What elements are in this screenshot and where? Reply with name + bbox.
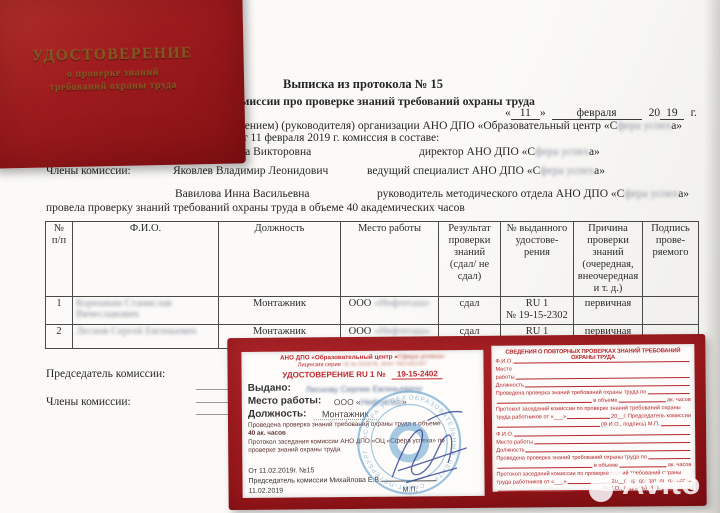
col-header-result: Результат проверки знаний (сдал/ не сдал… [439,222,501,297]
rp2-check-text1: Проведена проверка знаний требований охр… [496,454,647,461]
footer-chairman-label: Председатель комиссии: [46,368,165,380]
booklet-embossed-text: УДОСТОВЕРЕНИЕ о проверке знаний требован… [0,44,230,95]
date-century: 20 [649,107,661,119]
approval-line-tail: а» [671,120,682,132]
chairman-role-text: директор АНО ДПО «С [419,146,535,158]
approval-line-text: жением) (руководителя) организации АНО Д… [237,120,617,132]
rp2-place-label: Место работы [496,439,533,445]
chairman-role-blurred: фера успех [535,146,589,158]
photo-of-document: Выписка из протокола № 15 комиссии про п… [0,0,720,513]
rp1-check-text1: Проведена проверка знаний требований охр… [496,389,647,396]
row1-num: 1 [46,297,73,324]
row1-workplace-blurred: «Нефтеташ» [374,298,430,309]
member2-role-text: руководитель методического отдела АНО ДП… [377,188,624,200]
col-header-position: Должность [219,222,341,297]
row1-cert: RU 1№ 19-15-2302 [501,297,574,324]
cert-position-label: Должность: [248,408,307,420]
row1-cert-line1: RU 1 [504,298,570,310]
footer-members-label: Члены комиссии: [46,396,131,408]
certificate-cover-booklet: УДОСТОВЕРЕНИЕ о проверке знаний требован… [0,0,246,169]
row1-workplace: ООО «Нефтеташ» [341,297,439,324]
approval-line-blurred-org: фера успех [617,120,671,132]
cert-number: 19-15-2402 [392,369,443,379]
col-header-cert-number: № выданного удостове- рения [501,222,574,297]
member1-role-tail: а» [594,165,605,177]
cert-title-line: УДОСТОВЕРЕНИЕ RU 1 № 19-15-2402 [242,369,484,380]
summary-line: провела проверку знаний требований охран… [46,202,465,214]
rp1-protocol-text2: труда работников от «___» [496,414,566,421]
composition-line: от 11 февраля 2019 г. комиссия в составе… [237,132,439,144]
cert-date-number-line: От 11.02.2019г. №15 [248,467,314,475]
date-day: 11 [511,107,540,120]
col-header-fio: Ф.И.О. [73,222,219,297]
member1-role-blurred: фера успех [540,165,594,177]
cert-org-blurred: Сфера успеха» [398,353,445,360]
avito-watermark: Avito [583,464,720,513]
row1-cert-line2: № 19-15-2302 [504,310,570,322]
cert-license-prefix: Лицензия серия [298,362,343,368]
rp1-check-line2: в объемеак. часов [496,397,691,405]
date-suffix: г. [691,107,697,119]
rp1-place-line1: Место [496,365,691,373]
rp1-place-label2: работы [496,375,515,381]
protocol-title-line1: Выписка из протокола № 15 [283,77,443,92]
table-row: 1 Корешкин Станислав Вячеславович Монтаж… [46,297,699,324]
rp1-fio-line: Ф.И.О. [495,357,690,365]
protocol-title-line2: комиссии про проверке знаний требований … [229,94,535,109]
avito-logo-circle-large [589,478,613,502]
col-header-signature: Подпись прове- ряемого [643,222,699,297]
rp1-protocol-text2b: 20__г. Председатель комиссии [611,413,691,420]
col-header-workplace: Место работы [341,222,439,297]
member1-role-text: ведущий специалист АНО ДПО «С [367,165,540,177]
rp1-sign-text: (Ф.И.О., подпись) М.П. [601,421,660,428]
date-close-quote: » [540,107,546,119]
rp1-fio-label: Ф.И.О. [495,359,512,365]
chairman-role: директор АНО ДПО «Сфера успеха» [419,146,600,158]
rp1-check-text2a: в объеме [593,398,617,404]
rp1-check-text2b: ак. часов [667,397,691,403]
col-header-num: № п/п [46,222,73,297]
approval-line: жением) (руководителя) организации АНО Д… [237,120,682,132]
chairman-role-tail: а» [589,146,600,158]
protocol-date-line: «11»февраля2019г. [505,107,697,119]
rp1-protocol-line2: труда работников от «___»20__г. Председа… [496,413,691,421]
rp2-fio-label: Ф.И.О. [496,432,513,438]
booklet-title: УДОСТОВЕРЕНИЕ [0,44,230,67]
rp1-place-line2: работы [496,373,691,381]
cert-workplace-label: Место работы: [248,395,322,407]
member2-role: руководитель методического отдела АНО ДП… [377,188,689,200]
rp1-protocol-line1: Протокол заседаний комиссии по проверке … [496,405,691,413]
date-open-quote: « [505,107,511,119]
cert-protocol-line2: проверке знаний охраны труда [248,446,340,454]
col-header-reason: Причина проверки знаний (очередная, внео… [574,222,643,297]
row2-num: 2 [46,324,73,348]
avito-watermark-text: Avito [622,466,701,502]
row1-name: Корешкин Станислав Вячеславович [73,297,219,324]
member2-role-blurred: фера успех [624,188,678,200]
round-stamp: ОБРАЗОВАТЕЛЬНЫЙ ЦЕНТР · САНКТ-ПЕТЕРБУРГ … [356,389,463,496]
rp1-protocol-text1: Протокол заседаний комиссии по проверке … [496,405,681,413]
row2-workplace-blurred: «Нефтеташ» [374,326,430,337]
row1-position: Монтажник [219,297,341,324]
member2-name: Вавилова Инна Васильевна [175,188,310,200]
rp1-check-line1: Проведена проверка знаний требований охр… [496,389,691,397]
rp2-position-line: Должность [496,446,691,454]
date-month: февраля [552,107,642,120]
chairman-name-fragment: на Викторовна [239,146,311,158]
member1-role: ведущий специалист АНО ДПО «Сфера успеха… [367,165,605,177]
cert-training-line2: 40 ак. часов [248,430,286,437]
rp1-position-label: Должность [496,383,524,389]
rp2-position-label: Должность [496,447,524,453]
rp2-fio-line: Ф.И.О. [496,430,691,438]
cert-org-prefix: АНО ДПО «Образовательный центр « [280,354,398,362]
rp1-place-label1: Место [496,367,512,373]
row2-name: Леснов Сергей Евгеньевич [73,324,219,348]
cert-license-blurred: 78 № 002978, ИНН 7801452307 [342,361,427,368]
rp2-protocol-text2: труда работников от «___» [497,479,567,486]
row2-name-blurred: Леснов Сергей Евгеньевич [76,326,196,337]
cert-date-line: 11.02.2019 [249,488,284,495]
cert-title-text: УДОСТОВЕРЕНИЕ RU 1 № [282,370,385,380]
row1-name-blurred: Корешкин Станислав Вячеславович [76,298,172,320]
rp2-place-line: Место работы [496,438,691,446]
member2-role-tail: а» [678,188,689,200]
row1-workplace-prefix: ООО [349,298,374,309]
rp1-position-line: Должность [496,381,691,389]
results-table: № п/п Ф.И.О. Должность Место работы Резу… [45,221,699,349]
date-year: 19 [660,107,684,120]
row2-workplace-prefix: ООО [349,326,374,337]
booklet-subtitle2: требований охраны труда [0,79,230,95]
certificate-left-page: АНО ДПО «Образовательный центр «Сфера ус… [241,350,484,498]
row1-signature [643,297,699,324]
row1-result: сдал [439,297,501,324]
rp1-sign-line: (Ф.И.О., подпись) М.П. [496,421,691,429]
member1-name: Яковлев Владимир Леонидович [173,165,328,177]
photo-edge-shadow [704,0,720,513]
row1-reason: первичная [574,297,643,324]
cert-license-line: Лицензия серия 78 № 002978, ИНН 78014523… [241,361,483,369]
table-header-row: № п/п Ф.И.О. Должность Место работы Резу… [46,222,699,297]
rp2-check-line1: Проведена проверка знаний требований охр… [496,454,691,462]
cert-issued-label: Выдано: [248,383,291,394]
